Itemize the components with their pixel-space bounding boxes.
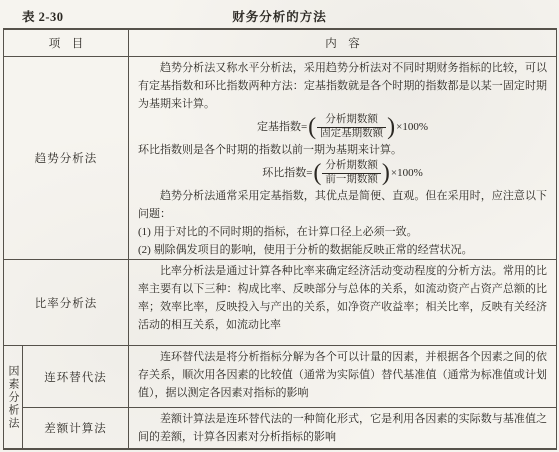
- formula-fraction: 分析期数额 前一期数额: [322, 160, 381, 186]
- formula-open-paren: (: [307, 115, 317, 139]
- trend-paragraph-1: 趋势分析法又称水平分析法，采用趋势分析法对不同时期财务指标的比较，可以有定基指数…: [138, 59, 547, 113]
- trend-analysis-content: 趋势分析法又称水平分析法，采用趋势分析法对不同时期财务指标的比较，可以有定基指数…: [129, 57, 556, 259]
- table-row-factor-analysis: 因素分析法 连环替代法 连环替代法是将分析指标分解为各个可以计量的因素，并根据各…: [4, 346, 556, 448]
- table-caption: 表 2-30 财务分析的方法: [0, 7, 559, 25]
- formula-denominator: 固定基期数额: [317, 128, 386, 141]
- table-row-ratio-analysis: 比率分析法 比率分析法是通过计算各种比率来确定经济活动变动程度的分析方法。常用的…: [4, 260, 556, 346]
- chain-substitution-content: 连环替代法是将分析指标分解为各个可以计量的因素，并根据各个因素之间的依存关系，顺…: [129, 346, 556, 408]
- formula-lhs: 环比指数=: [262, 164, 312, 182]
- formula-close-paren: ): [381, 161, 391, 185]
- row-label-difference-calculation: 差额计算法: [23, 408, 129, 448]
- header-cell-content: 内 容: [129, 30, 556, 56]
- formula-fraction: 分析期数额 固定基期数额: [317, 114, 386, 140]
- table-number: 表 2-30: [22, 7, 64, 25]
- header-cell-item: 项 目: [4, 30, 129, 56]
- financial-analysis-table: 项 目 内 容 趋势分析法 趋势分析法又称水平分析法，采用趋势分析法对不同时期财…: [3, 28, 557, 450]
- table-header-row: 项 目 内 容: [4, 30, 556, 57]
- page-title: 财务分析的方法: [0, 7, 559, 25]
- trend-note-2: (2) 剔除偶发项目的影响，使用于分析的数据能反映正常的经营状况。: [138, 241, 547, 259]
- difference-calculation-content: 差额计算法是连环替代法的一种简化形式，它是利用各因素的实际数与基准值之间的差额，…: [129, 408, 556, 448]
- chain-index-formula: 环比指数= ( 分析期数额 前一期数额 ) ×100%: [138, 159, 547, 187]
- ratio-analysis-content: 比率分析法是通过计算各种比率来确定经济活动变动程度的分析方法。常用的比率主要有以…: [129, 260, 556, 345]
- formula-open-paren: (: [312, 161, 322, 185]
- chain-substitution-paragraph: 连环替代法是将分析指标分解为各个可以计量的因素，并根据各个因素之间的依存关系，顺…: [138, 348, 547, 402]
- trend-note-1: (1) 用于对比的不同时期的指标，在计算口径上必须一致。: [138, 223, 547, 241]
- row-label-factor-analysis: 因素分析法: [4, 346, 23, 448]
- formula-rhs: ×100%: [396, 118, 428, 136]
- formula-denominator: 前一期数额: [322, 174, 381, 187]
- difference-calculation-paragraph: 差额计算法是连环替代法的一种简化形式，它是利用各因素的实际数与基准值之间的差额，…: [138, 410, 547, 446]
- trend-paragraph-2: 环比指数则是各个时期的指数以前一期为基期来计算。: [138, 141, 547, 159]
- formula-numerator: 分析期数额: [317, 114, 386, 128]
- row-label-ratio-analysis: 比率分析法: [4, 260, 129, 345]
- table-row-trend-analysis: 趋势分析法 趋势分析法又称水平分析法，采用趋势分析法对不同时期财务指标的比较，可…: [4, 57, 556, 260]
- formula-rhs: ×100%: [391, 164, 423, 182]
- ratio-analysis-paragraph: 比率分析法是通过计算各种比率来确定经济活动变动程度的分析方法。常用的比率主要有以…: [138, 262, 547, 334]
- row-label-trend-analysis: 趋势分析法: [4, 57, 129, 259]
- formula-numerator: 分析期数额: [322, 160, 381, 174]
- fixed-base-index-formula: 定基指数= ( 分析期数额 固定基期数额 ) ×100%: [138, 113, 547, 141]
- trend-paragraph-3: 趋势分析法通常采用定基指数，其优点是简便、直观。但在采用时，应注意以下问题：: [138, 187, 547, 223]
- formula-close-paren: ): [386, 115, 396, 139]
- formula-lhs: 定基指数=: [257, 118, 307, 136]
- row-label-chain-substitution: 连环替代法: [23, 346, 129, 408]
